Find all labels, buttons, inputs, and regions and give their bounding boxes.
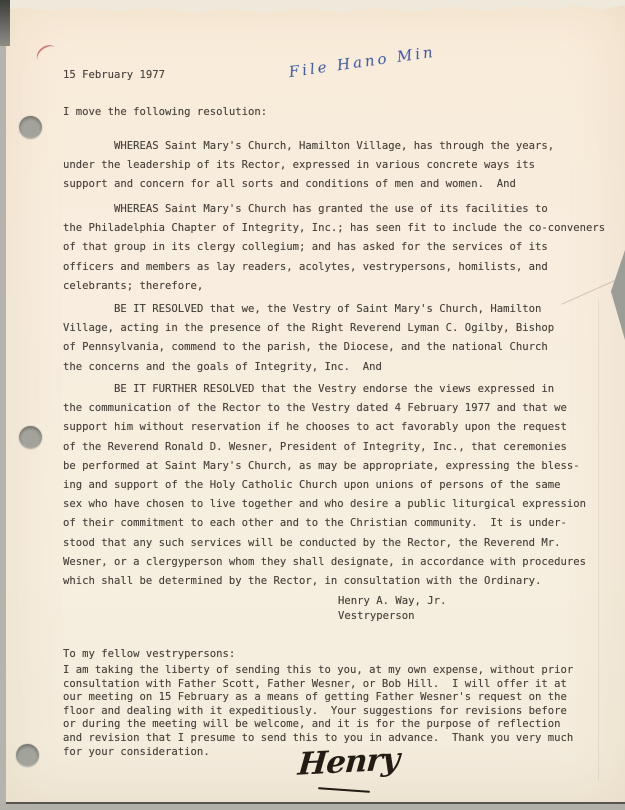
postscript-salutation: To my fellow vestrypersons:	[63, 645, 619, 664]
further-resolved-paragraph: BE IT FURTHER RESOLVED that the Vestry e…	[63, 380, 619, 591]
whereas-paragraph-2: WHEREAS Saint Mary's Church has granted …	[63, 200, 619, 296]
scanner-corner-shadow	[0, 0, 10, 46]
signer-name: Henry A. Way, Jr.	[338, 594, 598, 608]
resolution-intro-line: I move the following resolution:	[63, 103, 619, 122]
letter-date: 15 February 1977	[63, 66, 619, 85]
resolved-paragraph: BE IT RESOLVED that we, the Vestry of Sa…	[63, 300, 619, 377]
scanned-letter-page: File Hano Min 15 February 1977 I move th…	[0, 0, 625, 810]
punch-hole-middle	[19, 426, 42, 449]
handwritten-signature: Henry	[296, 741, 400, 782]
signer-title: Vestryperson	[338, 609, 598, 623]
punch-hole-top	[19, 116, 42, 139]
punch-hole-bottom	[16, 744, 39, 767]
whereas-paragraph-1: WHEREAS Saint Mary's Church, Hamilton Vi…	[63, 137, 619, 195]
scanner-edge-bottom	[0, 802, 625, 810]
